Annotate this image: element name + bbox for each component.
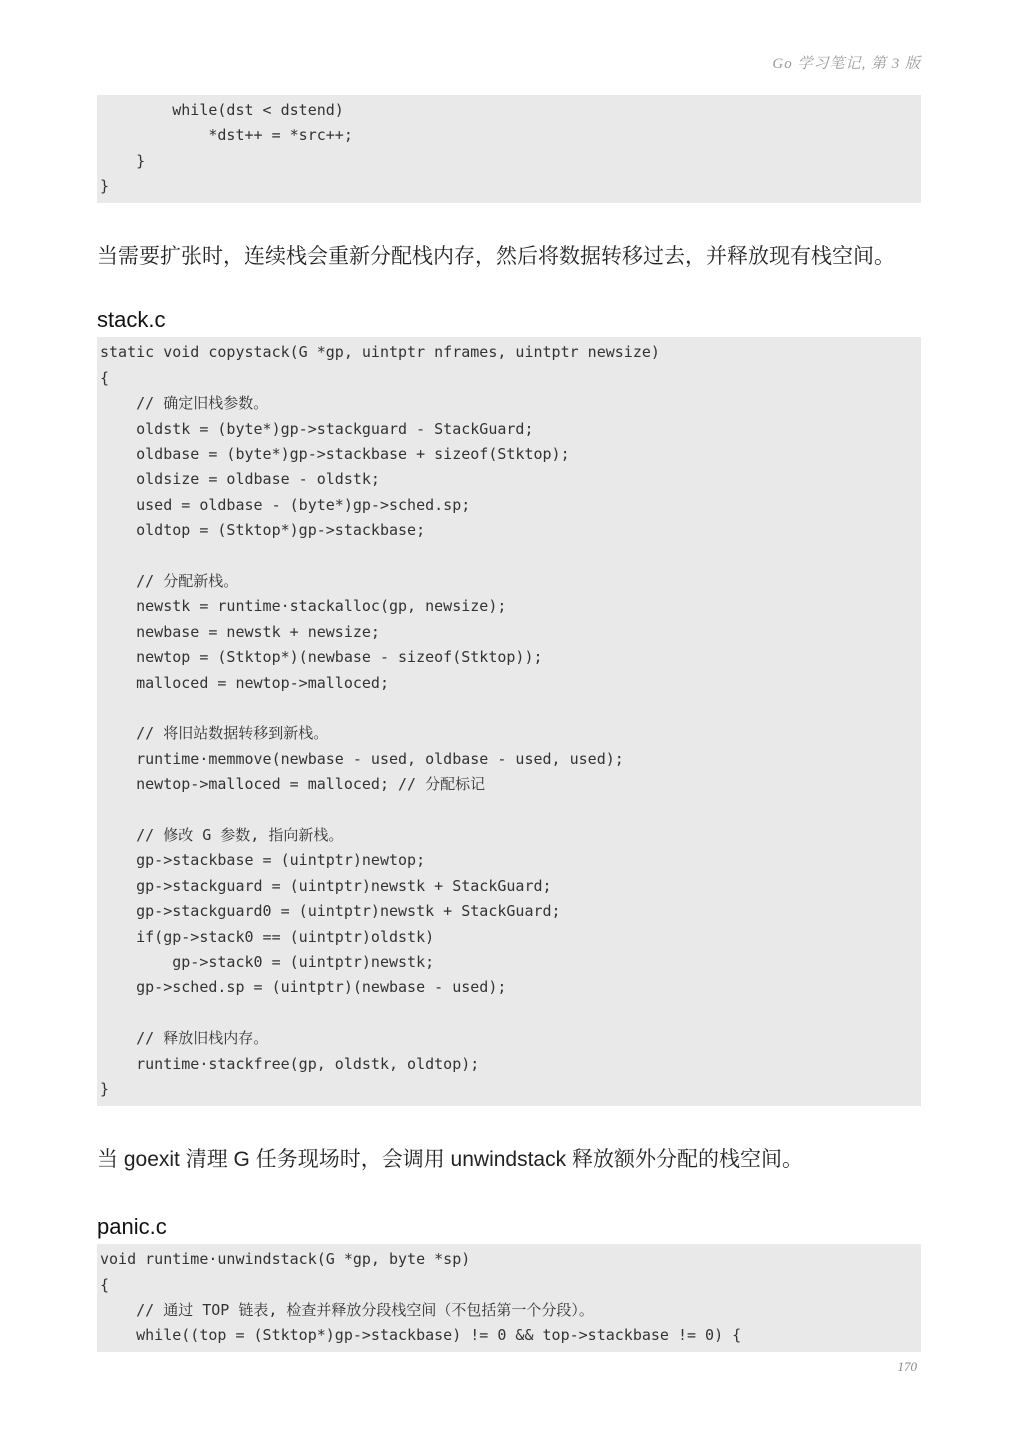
running-header-title: Go 学习笔记, 第 3 版 xyxy=(772,52,921,73)
paragraph-stack-expand: 当需要扩张时，连续栈会重新分配栈内存，然后将数据转移过去，并释放现有栈空间。 xyxy=(97,241,921,273)
code-block-unwindstack: void runtime·unwindstack(G *gp, byte *sp… xyxy=(97,1244,921,1352)
section-heading-panic-c: panic.c xyxy=(97,1215,921,1239)
code-block-memmove-tail: while(dst < dstend) *dst++ = *src++; } } xyxy=(97,95,921,203)
paragraph-goexit-unwindstack: 当 goexit 清理 G 任务现场时，会调用 unwindstack 释放额外… xyxy=(97,1144,921,1176)
section-heading-stack-c: stack.c xyxy=(97,308,921,332)
page-number: 170 xyxy=(97,1359,921,1375)
document-page: Go 学习笔记, 第 3 版 while(dst < dstend) *dst+… xyxy=(0,0,1018,1440)
code-block-copystack: static void copystack(G *gp, uintptr nfr… xyxy=(97,337,921,1105)
